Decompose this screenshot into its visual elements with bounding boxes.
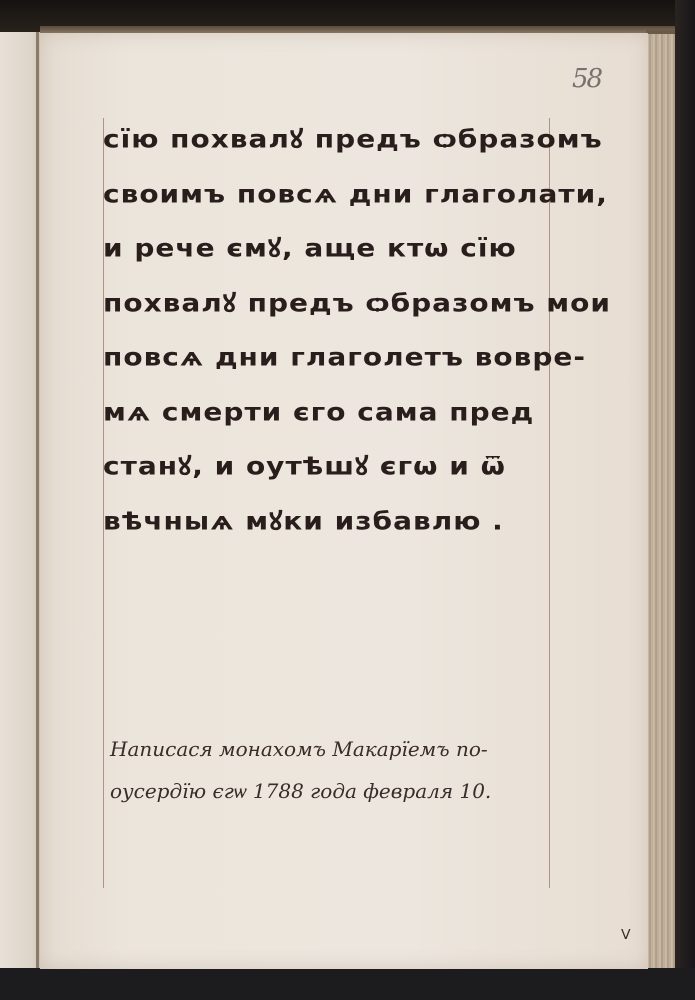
text-line: станꙋ, и оутѣшꙋ єгѡ и ѿ	[103, 435, 563, 484]
folio-number: 58	[572, 64, 601, 94]
text-line: похвалꙋ предъ ѻбразомъ мои	[103, 272, 563, 321]
text-line: и рече ємꙋ, аще ктѡ сїю	[103, 217, 563, 266]
text-line: вѣчныѧ мꙋки избавлю .	[103, 490, 563, 539]
book-cover-right	[675, 0, 695, 1000]
main-text-block: сїю похвалꙋ предъ ѻбразомъ своимъ повсѧ …	[103, 108, 563, 544]
corner-mark: ⴸ	[621, 927, 631, 943]
text-line: своимъ повсѧ дни глаголати,	[103, 163, 563, 212]
text-line: повсѧ дни глаголетъ вовре-	[103, 326, 563, 375]
text-line: мѧ смерти єго сама пред	[103, 381, 563, 430]
background-bottom	[0, 968, 695, 1000]
colophon: Написася монахомъ Макарїемъ по- оусердїю…	[110, 728, 580, 812]
colophon-line: Написася монахомъ Макарїемъ по-	[110, 728, 580, 770]
colophon-line: оусердїю єгѡ 1788 года февраля 10.	[110, 770, 580, 812]
book-gutter	[36, 32, 39, 970]
text-line: сїю похвалꙋ предъ ѻбразомъ	[103, 108, 563, 157]
facing-page-left	[0, 32, 40, 970]
page-block-fore-edge	[646, 30, 678, 974]
